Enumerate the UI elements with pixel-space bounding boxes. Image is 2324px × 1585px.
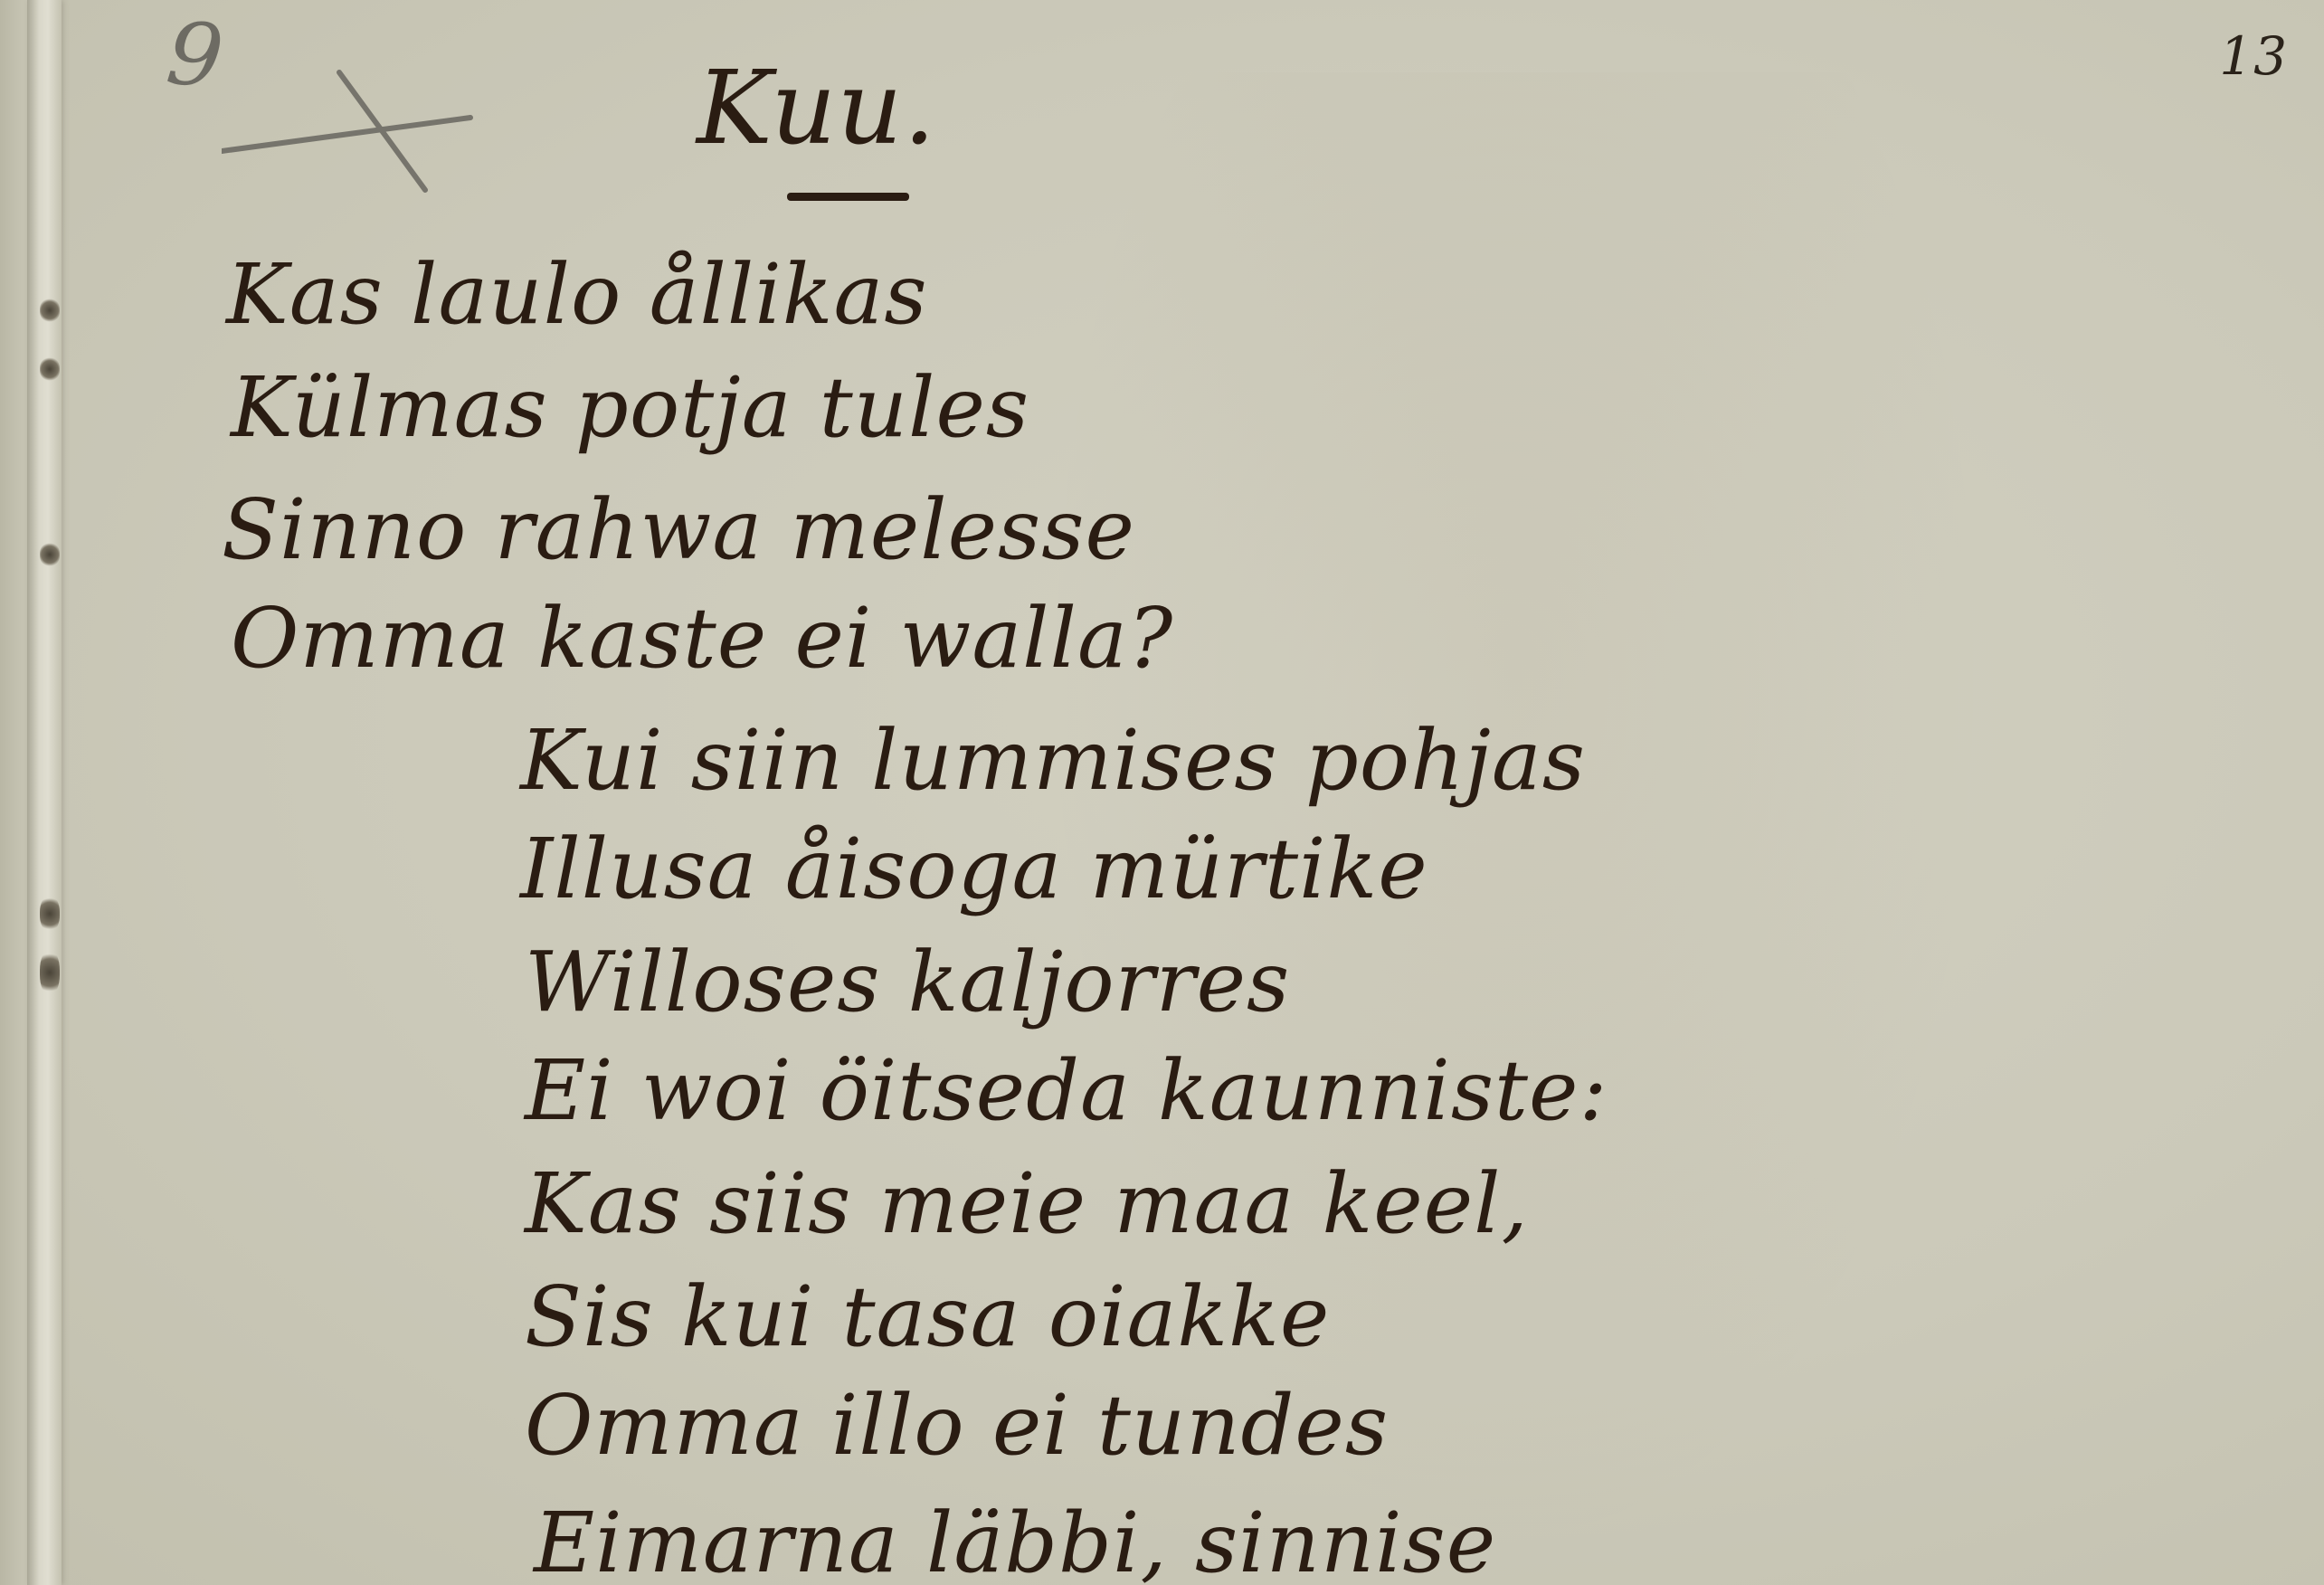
spine-fold [27,0,62,1585]
poem-line: Omma kaste ei walla? [231,597,1173,680]
pencil-cross-icon [222,68,475,204]
binding-stitch [40,299,60,322]
poem-line: Külmas potja tules [231,366,1029,450]
page-number: 13 [2219,25,2288,87]
poem-line: Sinno rahwa melesse [222,489,1135,572]
manuscript-page: 9 13 Kuu. Kas laulo ållikas Külmas potja… [0,0,2324,1585]
poem-line: Kas laulo ållikas [226,253,928,337]
binding-stitch [40,950,60,995]
poem-line: Sis kui tasa oiakke [525,1276,1330,1359]
poem-line: Omma illo ei tundes [525,1384,1389,1467]
poem-line: Willoses kaljorres [525,941,1290,1024]
poem-line: Kas siis meie maa keel, [525,1163,1529,1246]
binding-stitch [40,896,60,932]
poem-line: Eimarna läbbi, sinnise [534,1502,1496,1585]
poem-line: Ei woi öitseda kaunniste: [525,1049,1608,1133]
binding-stitch [40,543,60,566]
pencil-folio-number: 9 [162,2,227,109]
binding-stitch [40,357,60,381]
poem-title: Kuu. [697,50,936,167]
binding-gutter [0,0,27,1585]
poem-line: Illusa åisoga mürtike [520,828,1428,911]
title-underline [787,193,909,201]
poem-line: Kui siin lummises pohjas [520,719,1586,802]
